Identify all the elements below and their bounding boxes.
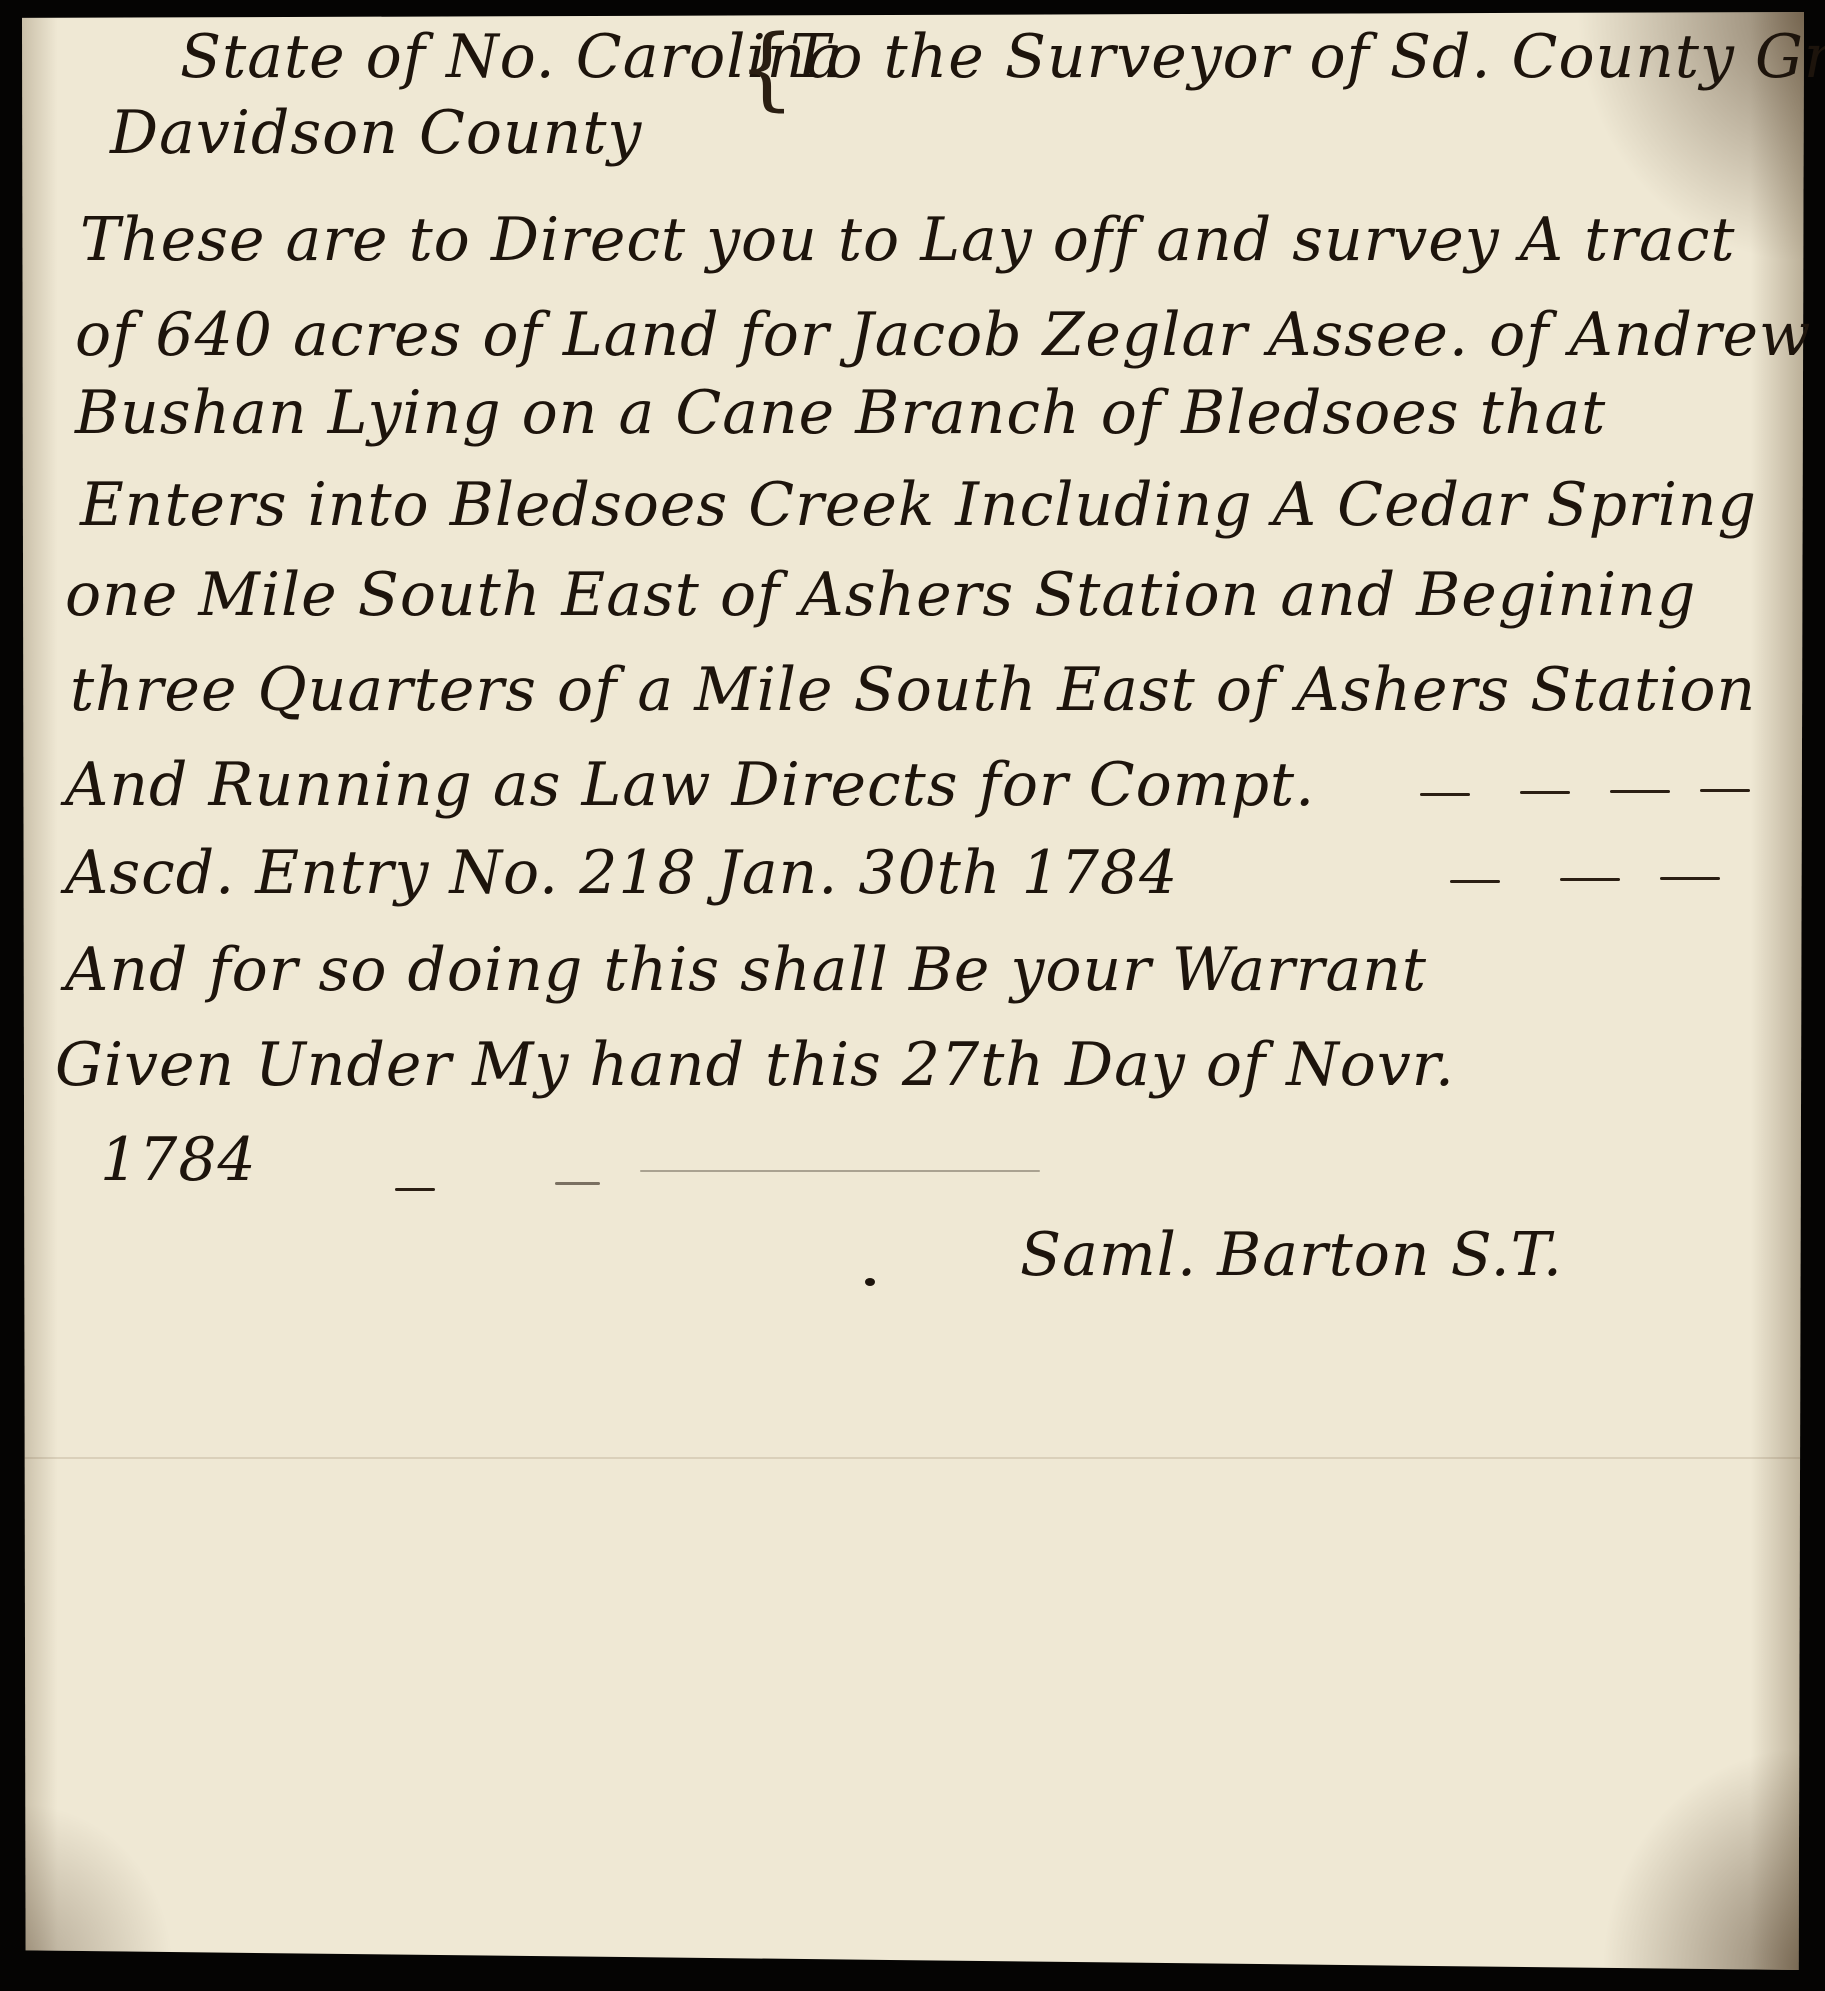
body-line-10: Given Under My hand this 27th Day of Nov… [55,1030,1455,1100]
signature: Saml. Barton S.T. [1020,1220,1563,1290]
body-line-1: These are to Direct you to Lay off and s… [80,205,1735,275]
body-line-5: one Mile South East of Ashers Station an… [65,560,1696,630]
fill-dash [395,1188,435,1191]
body-line-4: Enters into Bledsoes Creek Including A C… [80,470,1757,540]
fill-dash [1560,878,1620,881]
body-line-9: And for so doing this shall Be your Warr… [65,935,1427,1005]
ink-blot [865,1278,875,1286]
body-line-2: of 640 acres of Land for Jacob Zeglar As… [75,300,1811,370]
fill-dash [1520,791,1570,794]
body-line-3: Bushan Lying on a Cane Branch of Bledsoe… [75,378,1606,448]
header-brace: { [738,16,795,121]
year-line: 1784 [100,1125,257,1195]
fill-dash [1420,793,1470,796]
header-addressee: To the Surveyor of Sd. County Greeting [790,22,1825,92]
fill-dash [1700,789,1750,792]
paper-fold-line [22,1457,1804,1459]
body-line-8: Ascd. Entry No. 218 Jan. 30th 1784 [65,838,1178,908]
fill-dash [555,1182,600,1185]
fill-dash [1610,790,1670,793]
header-county: Davidson County [110,98,642,168]
fill-dash [640,1170,1040,1172]
fill-dash [1660,877,1720,880]
body-line-7: And Running as Law Directs for Compt. [65,750,1315,820]
body-line-6: three Quarters of a Mile South East of A… [70,655,1756,725]
fill-dash [1450,880,1500,883]
